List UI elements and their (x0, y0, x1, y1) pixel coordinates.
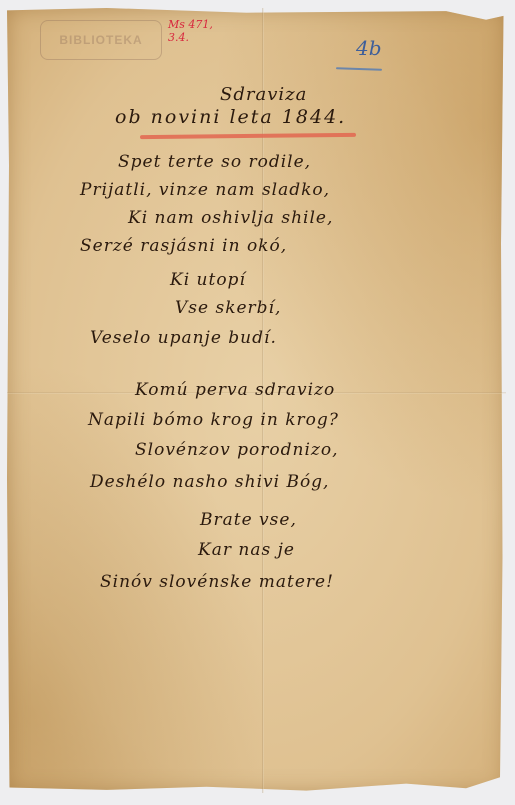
shelfmark: Ms 471, 3.4. (168, 18, 213, 44)
poem-title: Sdraviza (220, 84, 307, 105)
poem-subtitle: ob novini leta 1844. (115, 106, 346, 128)
poem-line: Napili bómo krog in krog? (88, 410, 339, 430)
poem-line: Serzé rasjásni in okó, (80, 236, 287, 256)
poem-line: Ki utopí (170, 270, 246, 290)
poem-line: Sinóv slovénske matere! (100, 572, 334, 592)
poem-line: Deshélo nasho shivi Bóg, (90, 472, 329, 492)
poem-line: Spet terte so rodile, (118, 152, 311, 172)
library-stamp: BIBLIOTEKA (40, 20, 162, 60)
poem-line: Slovénzov porodnizo, (135, 440, 338, 460)
poem-line: Prijatli, vinze nam sladko, (80, 180, 330, 200)
poem-line: Ki nam oshivlja shile, (128, 208, 333, 228)
poem-line: Kar nas je (198, 540, 295, 560)
poem-line: Komú perva sdravizo (135, 380, 335, 400)
shelfmark-line-1: Ms 471, (168, 18, 213, 31)
poem-line: Veselo upanje budí. (90, 328, 277, 348)
poem-line: Brate vse, (200, 510, 297, 530)
folio-number: 4b (356, 36, 382, 60)
shelfmark-line-2: 3.4. (168, 31, 213, 44)
poem-line: Vse skerbí, (175, 298, 281, 318)
